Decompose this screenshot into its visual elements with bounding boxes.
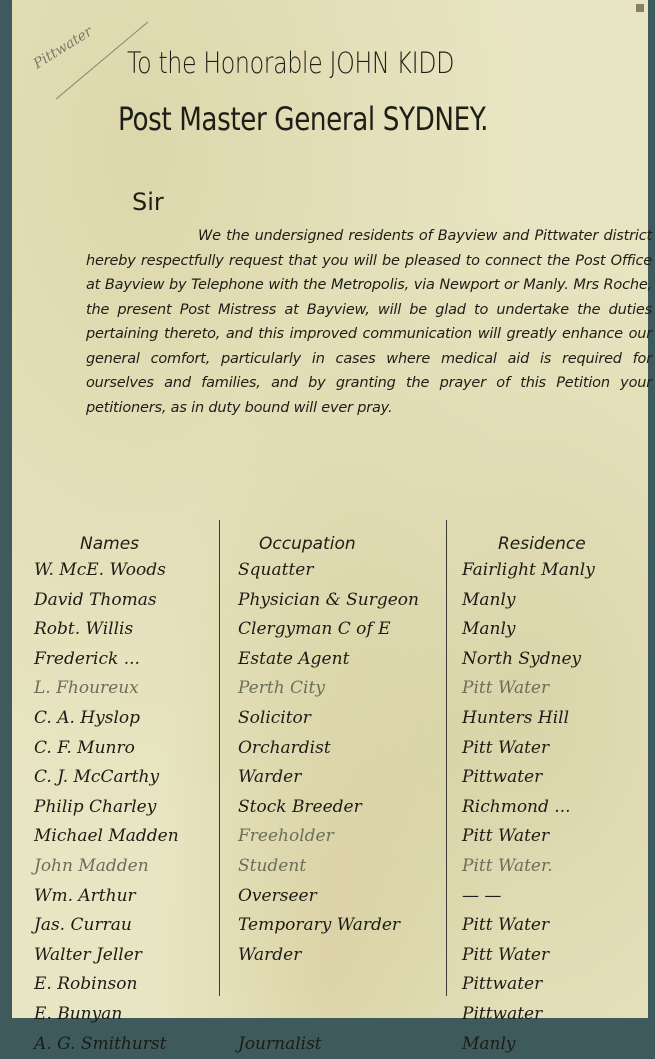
residence: — — <box>462 882 647 912</box>
signature-name: L. Fhoureux <box>34 674 224 704</box>
signature-table: Names Occupation Residence W. McE. Woods… <box>12 520 648 1000</box>
corner-mark <box>636 4 644 12</box>
pencil-annotation: Pittwater <box>31 24 96 73</box>
residence: Pitt Water. <box>462 852 647 882</box>
residence: North Sydney <box>462 645 647 675</box>
header-names: Names <box>80 534 139 554</box>
occupation: Orchardist <box>238 734 443 764</box>
residence: Pitt Water <box>462 911 647 941</box>
signature-name: Wm. Arthur <box>34 882 224 912</box>
petition-page: Pittwater To the Honorable JOHN KIDD Pos… <box>12 0 648 1018</box>
occupation: Perth City <box>238 674 443 704</box>
signature-name: Walter Jeller <box>34 941 224 971</box>
petition-body: We the undersigned residents of Bayview … <box>86 224 652 420</box>
column-divider <box>446 520 447 996</box>
signature-name: C. A. Hyslop <box>34 704 224 734</box>
occupation: Physician & Surgeon <box>238 586 443 616</box>
residence: Pitt Water <box>462 941 647 971</box>
residence: Pittwater <box>462 1000 647 1024</box>
occupation: Student <box>238 852 443 882</box>
residence: Pitt Water <box>462 822 647 852</box>
title-addressee: To the Honorable JOHN KIDD <box>127 46 454 80</box>
signature-name: E. Bunyan <box>34 1000 224 1024</box>
occupation: Warder <box>238 763 443 793</box>
occupation: Temporary Warder <box>238 911 443 941</box>
signature-name: Philip Charley <box>34 793 224 823</box>
signature-name: David Thomas <box>34 586 224 616</box>
signature-name: Jas. Currau <box>34 911 224 941</box>
signature-name: Robt. Willis <box>34 615 224 645</box>
occupation: Warder <box>238 941 443 971</box>
residence: Manly <box>462 615 647 645</box>
residence: Pittwater <box>462 763 647 793</box>
occupation: Clergyman C of E <box>238 615 443 645</box>
residence-column: Fairlight Manly Manly Manly North Sydney… <box>462 556 647 1024</box>
occupation-column: Squatter Physician & Surgeon Clergyman C… <box>238 556 443 1024</box>
occupation <box>238 970 443 1000</box>
residence: Fairlight Manly <box>462 556 647 586</box>
occupation: Overseer <box>238 882 443 912</box>
signature-name: Frederick ... <box>34 645 224 675</box>
names-column: W. McE. Woods David Thomas Robt. Willis … <box>34 556 224 1024</box>
residence: Pitt Water <box>462 734 647 764</box>
petition-paragraph: We the undersigned residents of Bayview … <box>86 224 652 420</box>
occupation: Solicitor <box>238 704 443 734</box>
occupation: Freeholder <box>238 822 443 852</box>
header-residence: Residence <box>498 534 586 554</box>
signature-name: E. Robinson <box>34 970 224 1000</box>
residence: Manly <box>462 586 647 616</box>
signature-name: C. J. McCarthy <box>34 763 224 793</box>
occupation: Squatter <box>238 556 443 586</box>
title-office: Post Master General SYDNEY. <box>118 100 488 138</box>
residence: Pitt Water <box>462 674 647 704</box>
residence: Pittwater <box>462 970 647 1000</box>
signature-name: John Madden <box>34 852 224 882</box>
residence: Richmond ... <box>462 793 647 823</box>
signature-name: W. McE. Woods <box>34 556 224 586</box>
signature-name: Michael Madden <box>34 822 224 852</box>
salutation: Sir <box>132 188 164 216</box>
occupation: Stock Breeder <box>238 793 443 823</box>
header-occupation: Occupation <box>259 534 356 554</box>
occupation: Estate Agent <box>238 645 443 675</box>
occupation <box>238 1000 443 1024</box>
signature-name: C. F. Munro <box>34 734 224 764</box>
residence: Hunters Hill <box>462 704 647 734</box>
